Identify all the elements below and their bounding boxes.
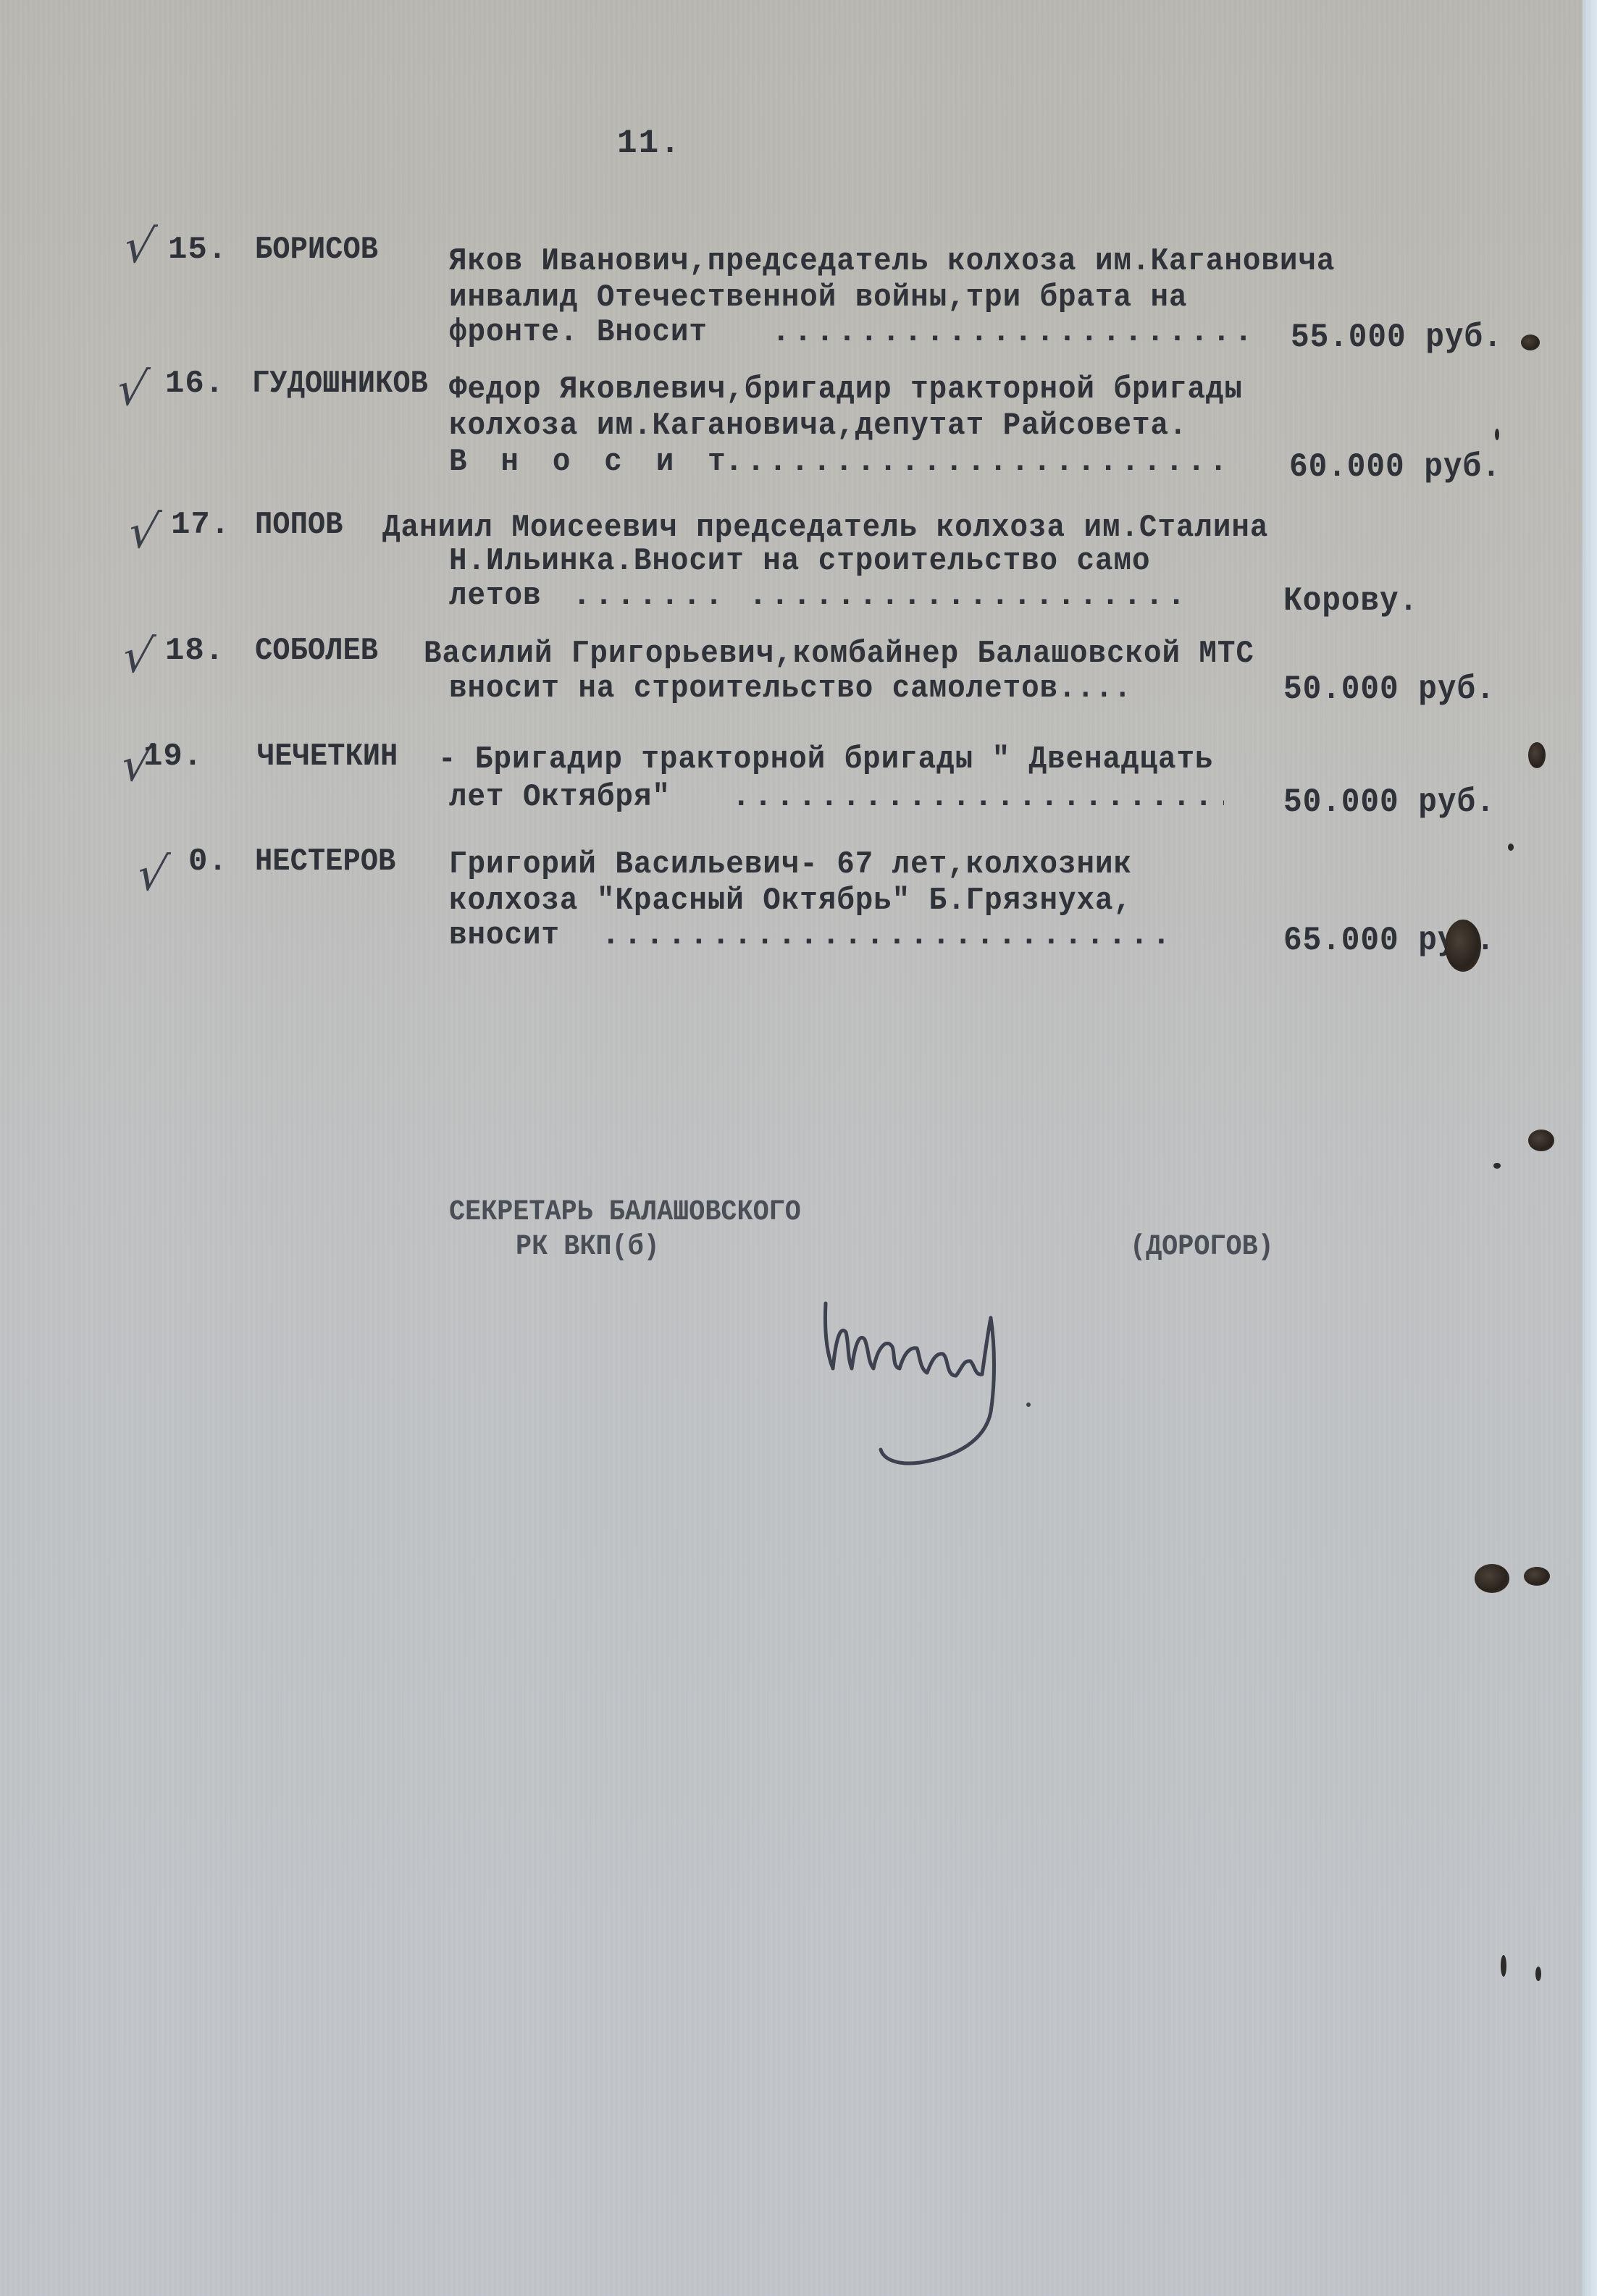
- handwritten-signature-icon: [811, 1260, 1188, 1477]
- entry-number: 19.: [143, 739, 203, 775]
- entry-amount: 60.000 руб.: [1289, 448, 1501, 486]
- entry-line: Яков Иванович,председатель колхоза им.Ка…: [449, 243, 1335, 279]
- entry-surname: ЧЕЧЕТКИН: [257, 739, 398, 775]
- punch-hole: [1521, 335, 1540, 350]
- entry-line: Даниил Моисеевич председатель колхоза им…: [382, 510, 1268, 546]
- punch-hole: [1445, 920, 1481, 972]
- page-edge: [1583, 0, 1597, 2296]
- entry-surname: БОРИСОВ: [255, 232, 378, 268]
- entry-surname: ПОПОВ: [255, 507, 343, 543]
- entry-amount: 50.000 руб.: [1283, 670, 1496, 708]
- punch-hole: [1475, 1564, 1509, 1593]
- signatory-name: (ДОРОГОВ): [1130, 1231, 1274, 1263]
- ink-speck: [1535, 1967, 1541, 1981]
- entry-surname: НЕСТЕРОВ: [255, 844, 395, 880]
- entry-surname: СОБОЛЕВ: [255, 633, 378, 669]
- check-mark-icon: √: [112, 363, 151, 416]
- entry-number: 0.: [188, 844, 228, 880]
- check-mark-icon: √: [118, 630, 157, 684]
- entry-line: В н о с и т: [449, 444, 734, 480]
- entry-amount: 55.000 руб.: [1291, 319, 1503, 356]
- signatory-title-line2: РК ВКП(б): [516, 1231, 660, 1263]
- check-mark-icon: √: [124, 505, 163, 559]
- entry-line: фронте. Вносит: [449, 314, 708, 350]
- entry-line: Н.Ильинка.Вносит на строительство само: [449, 543, 1150, 579]
- entry-line: колхоза им.Кагановича,депутат Райсовета.: [449, 408, 1187, 444]
- entry-line: колхоза "Красный Октябрь" Б.Грязнуха,: [449, 883, 1132, 919]
- entry-line: вносит на строительство самолетов....: [449, 670, 1132, 707]
- punch-hole: [1524, 1567, 1550, 1586]
- leader-dots: ........................: [724, 444, 1231, 480]
- entry-amount: 50.000 руб.: [1283, 783, 1496, 821]
- entry-number: 17.: [171, 507, 230, 543]
- entry-line: - Бригадир тракторной бригады " Двенадца…: [438, 741, 1213, 778]
- entry-line: Григорий Васильевич- 67 лет,колхозник: [449, 846, 1132, 883]
- check-mark-icon: √: [120, 220, 159, 274]
- entry-line: лет Октября": [449, 779, 671, 815]
- entry-line: летов: [449, 578, 541, 614]
- entry-number: 16.: [165, 366, 225, 402]
- check-mark-icon: √: [133, 848, 172, 901]
- ink-speck: [1501, 1955, 1506, 1977]
- entry-surname: ГУДОШНИКОВ: [252, 366, 428, 402]
- ink-speck: [1495, 429, 1499, 440]
- leader-dots: ....... ....................: [572, 578, 1238, 614]
- leader-dots: .......................: [771, 314, 1249, 350]
- entry-line: Василий Григорьевич,комбайнер Балашовско…: [424, 636, 1254, 672]
- entry-number: 18.: [165, 633, 225, 669]
- page-number: 11.: [617, 125, 682, 162]
- leader-dots: .......................: [732, 779, 1224, 815]
- entry-amount: Корову.: [1283, 582, 1418, 620]
- ink-speck: [1493, 1163, 1501, 1169]
- entry-line: инвалид Отечественной войны,три брата на: [449, 279, 1187, 316]
- entry-number: 15.: [168, 232, 227, 268]
- punch-hole: [1528, 742, 1546, 768]
- ink-speck: [1508, 844, 1514, 851]
- signatory-title-line1: СЕКРЕТАРЬ БАЛАШОВСКОГО: [449, 1196, 801, 1229]
- entry-line: вносит: [449, 917, 560, 954]
- punch-hole: [1528, 1130, 1554, 1151]
- leader-dots: ..........................: [601, 917, 1253, 954]
- entry-line: Федор Яковлевич,бригадир тракторной бриг…: [449, 371, 1243, 408]
